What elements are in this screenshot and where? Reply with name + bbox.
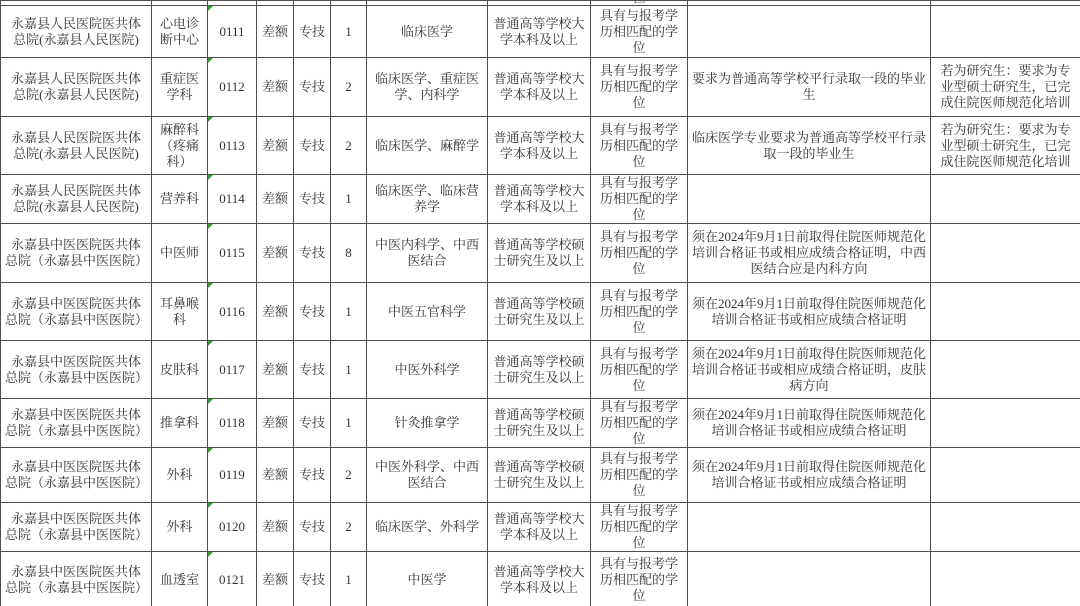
cell-remarks: 若为研究生：要求为专业型硕士研究生，已完成住院医师规范化培训: [931, 117, 1080, 175]
cell-degree: 具有与报考学历相匹配的学位: [591, 399, 688, 448]
cell-post-category: 专技: [294, 448, 331, 503]
cell-post-category: [294, 1, 331, 6]
cell-unit: [1, 1, 152, 6]
cell-education: 普通高等学校大学本科及以上: [488, 6, 591, 58]
cell-recruit-type: [257, 1, 294, 6]
cell-major: 中医内科学、中西医结合: [367, 224, 488, 283]
cell-unit: 永嘉县中医医院医共体总院（永嘉县中医医院）: [1, 283, 152, 341]
cell-recruit-type: 差额: [257, 58, 294, 117]
table-row: 永嘉县人民医院医共体总院(永嘉县人民医院) 重症医学科 0112 差额 专技 2…: [1, 58, 1080, 117]
table-row: 永嘉县中医医院医共体总院（永嘉县中医医院） 外科 0119 差额 专技 2 中医…: [1, 448, 1080, 503]
excel-flag-icon: [208, 341, 213, 346]
cell-degree: 具有与报考学历相匹配的学位: [591, 503, 688, 552]
table-row: 永嘉县人民医院医共体总院(永嘉县人民医院) 心电诊断中心 0111 差额 专技 …: [1, 6, 1080, 58]
table-row: 永嘉县中医医院医共体总院（永嘉县中医医院） 耳鼻喉科 0116 差额 专技 1 …: [1, 283, 1080, 341]
excel-flag-icon: [208, 552, 213, 557]
table-row: 永嘉县中医医院医共体总院（永嘉县中医医院） 推拿科 0118 差额 专技 1 针…: [1, 399, 1080, 448]
cell-unit: 永嘉县中医医院医共体总院（永嘉县中医医院）: [1, 448, 152, 503]
table-row: 永嘉县人民医院医共体总院(永嘉县人民医院) 麻醉科（疼痛科） 0113 差额 专…: [1, 117, 1080, 175]
cell-recruit-type: 差额: [257, 283, 294, 341]
cell-other-requirements: 须在2024年9月1日前取得住院医师规范化培训合格证书或相应成绩合格证明: [688, 448, 931, 503]
table-row: 永嘉县中医医院医共体总院（永嘉县中医医院） 皮肤科 0117 差额 专技 1 中…: [1, 341, 1080, 399]
cell-education: 普通高等学校大学本科及以上: [488, 58, 591, 117]
cell-major: [367, 1, 488, 6]
cell-education: 普通高等学校大学本科及以上: [488, 503, 591, 552]
cell-position-code: 0112: [208, 58, 257, 117]
cell-unit: 永嘉县人民医院医共体总院(永嘉县人民医院): [1, 117, 152, 175]
clipped-degree-text: 位: [591, 1, 687, 6]
cell-department: 营养科: [152, 175, 208, 224]
cell-department: 外科: [152, 448, 208, 503]
table-row: 永嘉县人民医院医共体总院(永嘉县人民医院) 营养科 0114 差额 专技 1 临…: [1, 175, 1080, 224]
cell-headcount: 1: [331, 399, 367, 448]
cell-unit: 永嘉县人民医院医共体总院(永嘉县人民医院): [1, 175, 152, 224]
cell-remarks: [931, 175, 1080, 224]
cell-recruit-type: 差额: [257, 448, 294, 503]
excel-flag-icon: [208, 224, 213, 229]
cell-education: 普通高等学校硕士研究生及以上: [488, 399, 591, 448]
excel-flag-icon: [208, 58, 213, 63]
cell-position-code: 0118: [208, 399, 257, 448]
cell-major: 临床医学、临床营养学: [367, 175, 488, 224]
cell-headcount: 2: [331, 117, 367, 175]
cell-remarks: [931, 341, 1080, 399]
cell-unit: 永嘉县中医医院医共体总院（永嘉县中医医院）: [1, 224, 152, 283]
cell-major: 临床医学、重症医学、内科学: [367, 58, 488, 117]
cell-post-category: 专技: [294, 6, 331, 58]
cell-department: 外科: [152, 503, 208, 552]
cell-post-category: 专技: [294, 341, 331, 399]
cell-department: 麻醉科（疼痛科）: [152, 117, 208, 175]
cell-major: 临床医学、外科学: [367, 503, 488, 552]
cell-position-code: 0115: [208, 224, 257, 283]
recruitment-positions-table: 位 永嘉县人民医院医共体总院(永嘉县人民医院) 心电诊断中心 0111 差额 专…: [0, 0, 1080, 606]
cell-degree: 具有与报考学历相匹配的学位: [591, 552, 688, 606]
cell-headcount: 2: [331, 503, 367, 552]
cell-position-code: 0119: [208, 448, 257, 503]
cell-headcount: [331, 1, 367, 6]
cell-post-category: 专技: [294, 117, 331, 175]
cell-remarks: [931, 399, 1080, 448]
cell-recruit-type: 差额: [257, 503, 294, 552]
cell-major: 针灸推拿学: [367, 399, 488, 448]
cell-position-code: 0121: [208, 552, 257, 606]
cell-remarks: [931, 224, 1080, 283]
cell-education: [488, 1, 591, 6]
cell-headcount: 2: [331, 448, 367, 503]
cell-position-code: 0116: [208, 283, 257, 341]
cell-headcount: 1: [331, 6, 367, 58]
excel-flag-icon: [208, 448, 213, 453]
excel-flag-icon: [208, 503, 213, 508]
cell-remarks: 若为研究生：要求为专业型硕士研究生，已完成住院医师规范化培训: [931, 58, 1080, 117]
table-row: 永嘉县中医医院医共体总院（永嘉县中医医院） 外科 0120 差额 专技 2 临床…: [1, 503, 1080, 552]
cell-recruit-type: 差额: [257, 175, 294, 224]
excel-flag-icon: [208, 283, 213, 288]
cell-department: 推拿科: [152, 399, 208, 448]
cell-recruit-type: 差额: [257, 117, 294, 175]
cell-headcount: 1: [331, 552, 367, 606]
cell-degree: 具有与报考学历相匹配的学位: [591, 58, 688, 117]
cell-position-code: 0117: [208, 341, 257, 399]
cell-degree: 具有与报考学历相匹配的学位: [591, 6, 688, 58]
cell-major: 临床医学、麻醉学: [367, 117, 488, 175]
cell-remarks: [931, 1, 1080, 6]
cell-other-requirements: 须在2024年9月1日前取得住院医师规范化培训合格证书或相应成绩合格证明，中西医…: [688, 224, 931, 283]
excel-flag-icon: [208, 6, 213, 11]
cell-education: 普通高等学校大学本科及以上: [488, 175, 591, 224]
partial-row-top: 位: [1, 1, 1080, 6]
cell-recruit-type: 差额: [257, 341, 294, 399]
cell-other-requirements: [688, 1, 931, 6]
cell-department: 心电诊断中心: [152, 6, 208, 58]
cell-position-code: 0114: [208, 175, 257, 224]
cell-remarks: [931, 6, 1080, 58]
cell-major: 中医学: [367, 552, 488, 606]
cell-education: 普通高等学校大学本科及以上: [488, 117, 591, 175]
cell-recruit-type: 差额: [257, 6, 294, 58]
cell-other-requirements: 临床医学专业要求为普通高等学校平行录取一段的毕业生: [688, 117, 931, 175]
cell-recruit-type: 差额: [257, 399, 294, 448]
cell-post-category: 专技: [294, 58, 331, 117]
cell-degree: 具有与报考学历相匹配的学位: [591, 341, 688, 399]
cell-other-requirements: [688, 175, 931, 224]
cell-other-requirements: 须在2024年9月1日前取得住院医师规范化培训合格证书或相应成绩合格证明: [688, 283, 931, 341]
table-row: 永嘉县中医医院医共体总院（永嘉县中医医院） 中医师 0115 差额 专技 8 中…: [1, 224, 1080, 283]
cell-department: [152, 1, 208, 6]
cell-education: 普通高等学校硕士研究生及以上: [488, 283, 591, 341]
cell-unit: 永嘉县中医医院医共体总院（永嘉县中医医院）: [1, 341, 152, 399]
cell-degree: 位: [591, 1, 688, 6]
excel-flag-icon: [208, 175, 213, 180]
cell-degree: 具有与报考学历相匹配的学位: [591, 448, 688, 503]
cell-other-requirements: 须在2024年9月1日前取得住院医师规范化培训合格证书或相应成绩合格证明: [688, 399, 931, 448]
cell-post-category: 专技: [294, 175, 331, 224]
cell-other-requirements: [688, 552, 931, 606]
cell-unit: 永嘉县人民医院医共体总院(永嘉县人民医院): [1, 58, 152, 117]
cell-remarks: [931, 448, 1080, 503]
cell-post-category: 专技: [294, 552, 331, 606]
cell-unit: 永嘉县中医医院医共体总院（永嘉县中医医院）: [1, 503, 152, 552]
cell-major: 中医外科学、中西医结合: [367, 448, 488, 503]
cell-post-category: 专技: [294, 283, 331, 341]
cell-remarks: [931, 283, 1080, 341]
excel-flag-icon: [208, 117, 213, 122]
excel-flag-icon: [208, 399, 213, 404]
cell-degree: 具有与报考学历相匹配的学位: [591, 117, 688, 175]
cell-headcount: 1: [331, 341, 367, 399]
cell-post-category: 专技: [294, 224, 331, 283]
cell-recruit-type: 差额: [257, 224, 294, 283]
cell-remarks: [931, 552, 1080, 606]
cell-headcount: 1: [331, 175, 367, 224]
cell-education: 普通高等学校硕士研究生及以上: [488, 341, 591, 399]
cell-department: 皮肤科: [152, 341, 208, 399]
cell-position-code: 0120: [208, 503, 257, 552]
cell-headcount: 2: [331, 58, 367, 117]
cell-major: 中医外科学: [367, 341, 488, 399]
cell-department: 耳鼻喉科: [152, 283, 208, 341]
cell-other-requirements: 要求为普通高等学校平行录取一段的毕业生: [688, 58, 931, 117]
cell-other-requirements: [688, 6, 931, 58]
cell-post-category: 专技: [294, 399, 331, 448]
cell-unit: 永嘉县中医医院医共体总院（永嘉县中医医院）: [1, 399, 152, 448]
cell-department: 重症医学科: [152, 58, 208, 117]
cell-degree: 具有与报考学历相匹配的学位: [591, 283, 688, 341]
cell-other-requirements: [688, 503, 931, 552]
cell-unit: 永嘉县人民医院医共体总院(永嘉县人民医院): [1, 6, 152, 58]
cell-education: 普通高等学校硕士研究生及以上: [488, 448, 591, 503]
cell-major: 中医五官科学: [367, 283, 488, 341]
cell-department: 中医师: [152, 224, 208, 283]
table-row: 永嘉县中医医院医共体总院（永嘉县中医医院） 血透室 0121 差额 专技 1 中…: [1, 552, 1080, 606]
cell-recruit-type: 差额: [257, 552, 294, 606]
cell-remarks: [931, 503, 1080, 552]
cell-education: 普通高等学校硕士研究生及以上: [488, 224, 591, 283]
cell-unit: 永嘉县中医医院医共体总院（永嘉县中医医院）: [1, 552, 152, 606]
cell-position-code: 0111: [208, 6, 257, 58]
cell-major: 临床医学: [367, 6, 488, 58]
cell-education: 普通高等学校大学本科及以上: [488, 552, 591, 606]
cell-position-code: 0113: [208, 117, 257, 175]
cell-headcount: 1: [331, 283, 367, 341]
cell-degree: 具有与报考学历相匹配的学位: [591, 224, 688, 283]
cell-other-requirements: 须在2024年9月1日前取得住院医师规范化培训合格证书或相应成绩合格证明，皮肤病…: [688, 341, 931, 399]
cell-department: 血透室: [152, 552, 208, 606]
cell-degree: 具有与报考学历相匹配的学位: [591, 175, 688, 224]
cell-post-category: 专技: [294, 503, 331, 552]
cell-headcount: 8: [331, 224, 367, 283]
